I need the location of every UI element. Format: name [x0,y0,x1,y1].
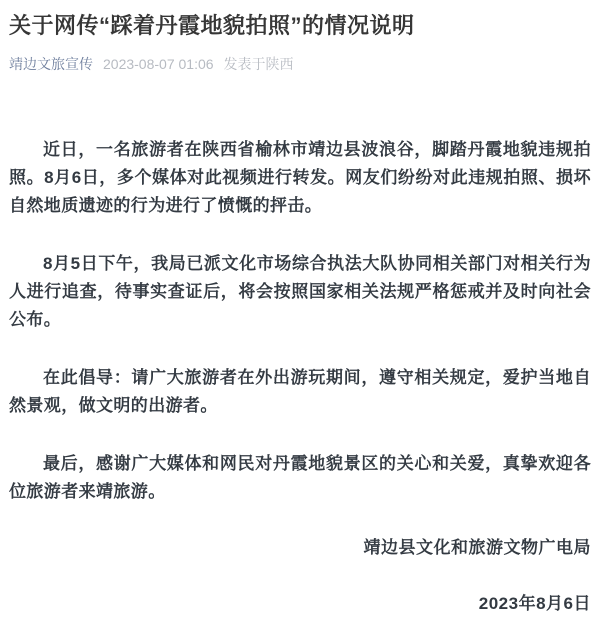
paragraph-thanks: 最后，感谢广大媒体和网民对丹霞地貌景区的关心和关爱，真挚欢迎各位旅游者来靖旅游。 [9,450,591,506]
page-title: 关于网传“踩着丹霞地貌拍照”的情况说明 [9,12,591,41]
publish-location: 发表于陕西 [224,54,294,74]
signature-organization: 靖边县文化和旅游文物广电局 [9,536,591,560]
paragraph-incident: 近日，一名旅游者在陕西省榆林市靖边县波浪谷，脚踏丹霞地貌违规拍照。8月6日，多个… [9,136,591,220]
publish-date: 2023年8月6日 [9,592,591,616]
account-name-link[interactable]: 靖边文旅宣传 [9,54,93,74]
article-page: 关于网传“踩着丹霞地貌拍照”的情况说明 靖边文旅宣传 2023-08-07 01… [0,0,600,630]
byline: 靖边文旅宣传 2023-08-07 01:06 发表于陕西 [9,54,591,74]
paragraph-investigation: 8月5日下午，我局已派文化市场综合执法大队协同相关部门对相关行为人进行追查，待事… [9,250,591,334]
paragraph-advocacy: 在此倡导：请广大旅游者在外出游玩期间，遵守相关规定，爱护当地自然景观，做文明的出… [9,364,591,420]
article-body: 近日，一名旅游者在陕西省榆林市靖边县波浪谷，脚踏丹霞地貌违规拍照。8月6日，多个… [9,136,591,616]
publish-time: 2023-08-07 01:06 [103,54,214,74]
